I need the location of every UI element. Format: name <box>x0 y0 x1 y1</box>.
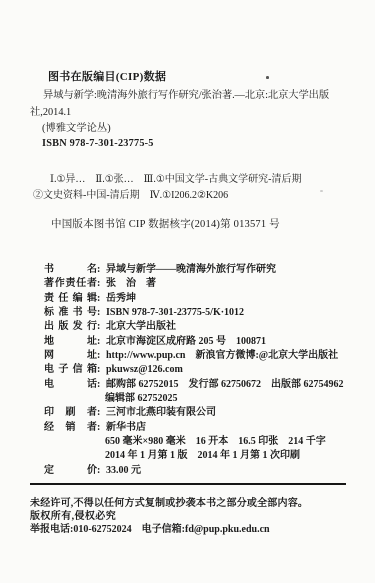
cip-entry-line1: 异域与新学:晚清海外旅行写作研究/张治著.—北京:北京大学出版 <box>43 86 329 101</box>
scan-speck <box>320 190 323 192</box>
info-value: 北京市海淀区成府路 205 号 100871 <box>106 336 266 347</box>
info-value: 2014 年 1 月第 1 版 2014 年 1 月第 1 次印刷 <box>105 450 300 461</box>
info-value: 33.00 元 <box>106 465 141 476</box>
info-colon: : <box>97 421 103 435</box>
info-colon: : <box>97 263 103 277</box>
info-row-isbn: 标准书号:ISBN 978-7-301-23775-5/K·1012 <box>44 306 354 320</box>
info-label: 书名 <box>44 263 97 277</box>
info-row-address: 地址:北京市海淀区成府路 205 号 100871 <box>44 335 354 349</box>
info-row-author: 著作责任者:张 治 著 <box>44 277 354 291</box>
info-value: pkuwsz@126.com <box>106 364 183 375</box>
info-row-website: 网址:http://www.pup.cn 新浪官方微博:@北京大学出版社 <box>44 349 354 363</box>
info-value: 编辑部 62752025 <box>105 393 178 404</box>
info-row-format: 650 毫米×980 毫米 16 开本 16.5 印张 214 千字 <box>44 435 354 449</box>
info-colon: : <box>97 292 103 306</box>
info-value: 邮购部 62752015 发行部 62750672 出版部 62754962 <box>106 379 344 390</box>
info-value: 岳秀坤 <box>106 293 136 304</box>
info-value: ISBN 978-7-301-23775-5/K·1012 <box>106 307 244 318</box>
info-row-title: 书名:异域与新学——晚清海外旅行写作研究 <box>44 263 354 277</box>
cip-entry-line2: 社,2014.1 <box>30 103 71 118</box>
info-value: 北京大学出版社 <box>106 321 176 332</box>
info-row-distributor: 经销者:新华书店 <box>44 421 354 435</box>
info-colon: : <box>97 277 103 291</box>
info-row-edition: 2014 年 1 月第 1 版 2014 年 1 月第 1 次印刷 <box>44 449 354 463</box>
info-row-phone-cont: 编辑部 62752025 <box>44 392 354 406</box>
info-colon: : <box>97 464 103 478</box>
info-label: 电子信箱 <box>44 363 97 377</box>
info-colon: : <box>97 335 103 349</box>
info-value: 异域与新学——晚清海外旅行写作研究 <box>106 264 276 275</box>
cip-classification-line2: ②文史资料-中国-清后期 Ⅳ.①I206.2②K206 <box>33 186 228 201</box>
info-colon: : <box>97 320 103 334</box>
info-row-price: 定价:33.00 元 <box>44 464 354 478</box>
info-label: 责任编辑 <box>44 292 97 306</box>
info-row-email: 电子信箱:pkuwsz@126.com <box>44 363 354 377</box>
info-colon: : <box>97 306 103 320</box>
info-label: 经销者 <box>44 421 97 435</box>
info-colon: : <box>97 363 103 377</box>
report-contact: 举报电话:010-62752024 电子信箱:fd@pup.pku.edu.cn <box>30 520 270 535</box>
scan-speck <box>266 76 269 79</box>
info-label: 地址 <box>44 335 97 349</box>
cip-isbn: ISBN 978-7-301-23775-5 <box>42 138 154 149</box>
info-label: 标准书号 <box>44 306 97 320</box>
info-value: 650 毫米×980 毫米 16 开本 16.5 印张 214 千字 <box>105 436 326 447</box>
cip-classification-line1: Ⅰ.①异… Ⅱ.①张… Ⅲ.①中国文学-古典文学研究-清后期 <box>50 170 301 185</box>
info-row-printer: 印刷者:三河市北燕印装有限公司 <box>44 406 354 420</box>
cip-record-number: 中国版本图书馆 CIP 数据核字(2014)第 013571 号 <box>51 216 280 231</box>
divider-rule <box>30 483 346 485</box>
info-row-phone: 电话:邮购部 62752015 发行部 62750672 出版部 6275496… <box>44 378 354 392</box>
info-label: 定价 <box>44 464 97 478</box>
info-label: 网址 <box>44 349 97 363</box>
cip-heading: 图书在版编目(CIP)数据 <box>48 68 166 84</box>
info-label: 著作责任者 <box>44 277 97 291</box>
publication-info: 书名:异域与新学——晚清海外旅行写作研究 著作责任者:张 治 著 责任编辑:岳秀… <box>44 263 354 478</box>
info-row-publisher: 出版发行:北京大学出版社 <box>44 320 354 334</box>
info-label: 电话 <box>44 378 97 392</box>
info-colon: : <box>97 406 103 420</box>
info-value: 新华书店 <box>106 422 146 433</box>
info-value: 三河市北燕印装有限公司 <box>106 407 216 418</box>
info-value: 张 治 著 <box>106 278 156 289</box>
copyright-page: 图书在版编目(CIP)数据 异域与新学:晚清海外旅行写作研究/张治著.—北京:北… <box>0 0 375 583</box>
info-label: 出版发行 <box>44 320 97 334</box>
info-row-editor: 责任编辑:岳秀坤 <box>44 292 354 306</box>
info-value: http://www.pup.cn 新浪官方微博:@北京大学出版社 <box>106 350 338 361</box>
info-colon: : <box>97 378 103 392</box>
info-label: 印刷者 <box>44 406 97 420</box>
cip-series: (博雅文学论丛) <box>42 119 111 134</box>
info-colon: : <box>97 349 103 363</box>
